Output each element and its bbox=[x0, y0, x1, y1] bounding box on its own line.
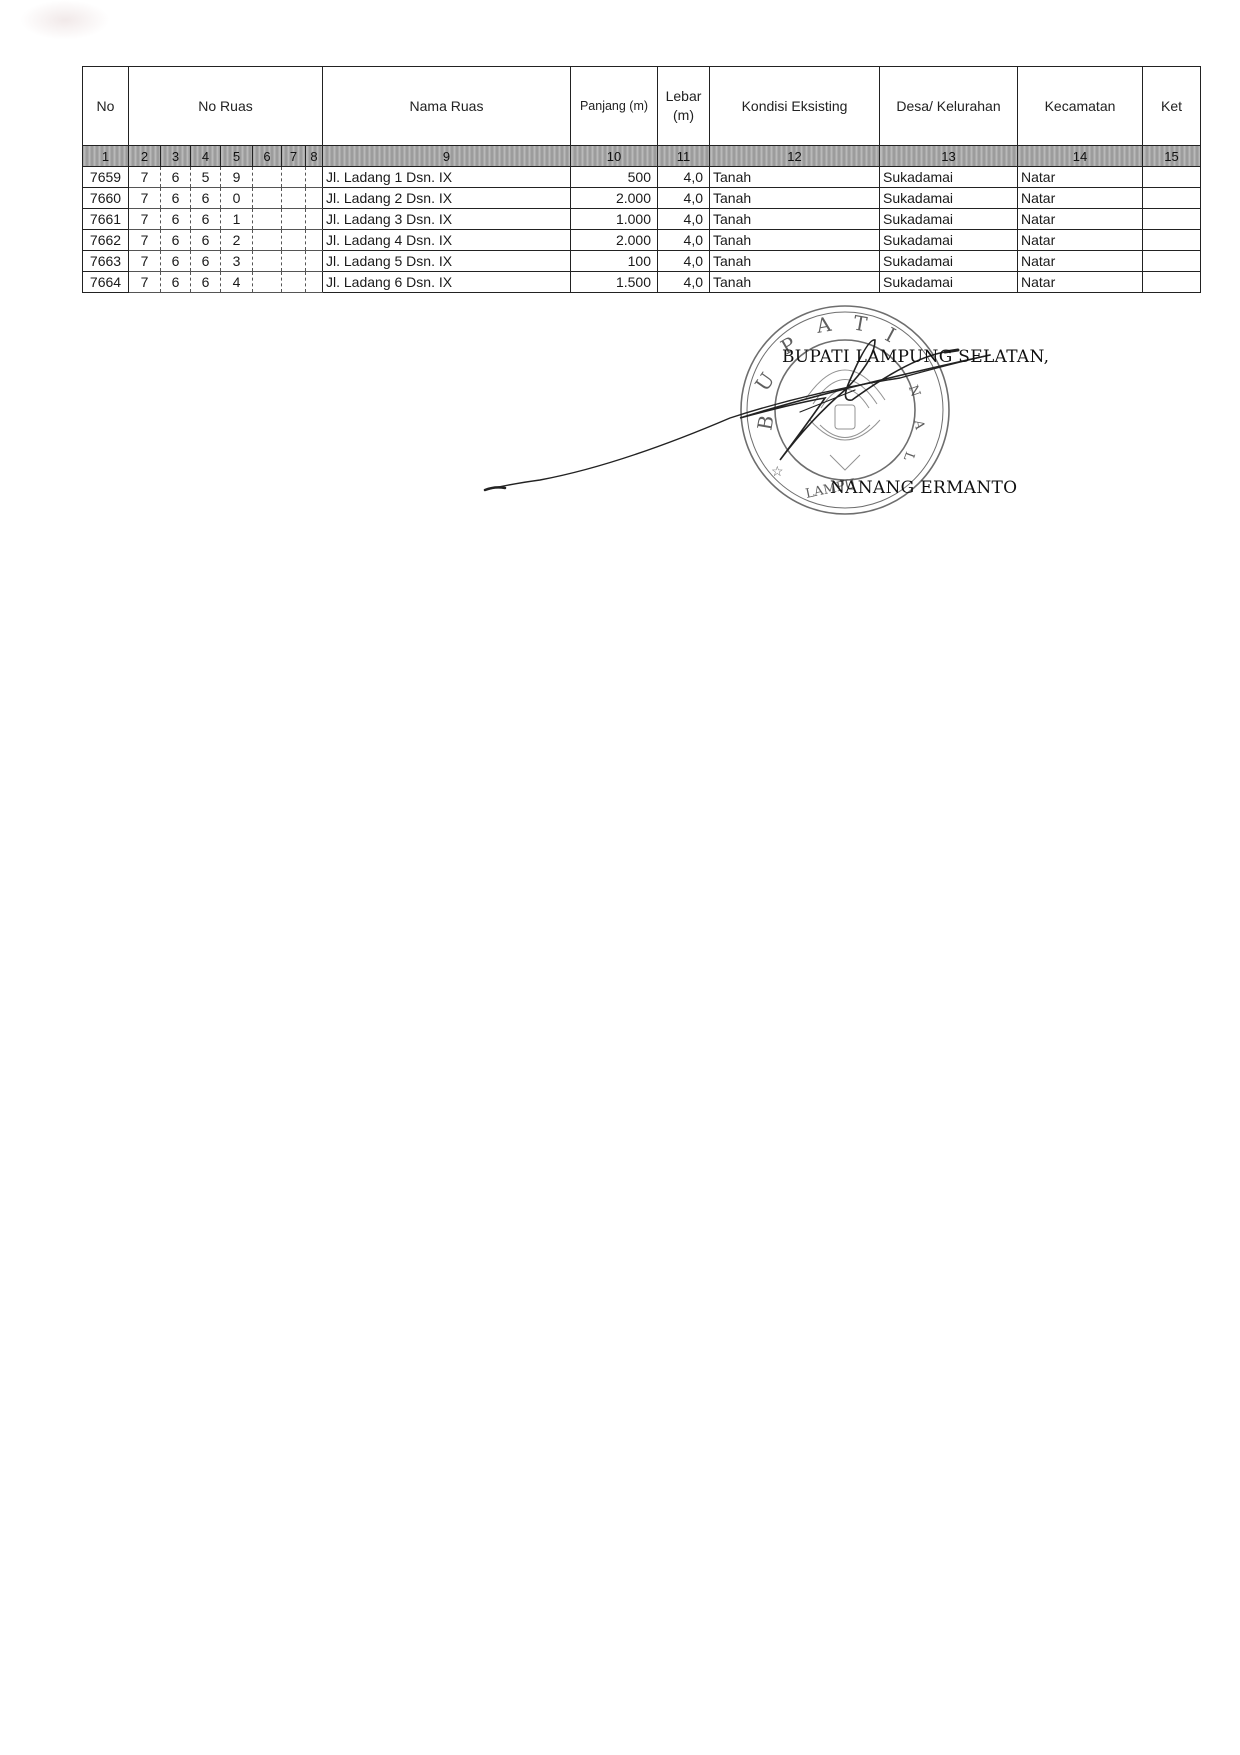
column-number-cell: 5 bbox=[221, 146, 253, 167]
cell-kondisi: Tanah bbox=[710, 209, 880, 230]
cell-ket bbox=[1143, 188, 1201, 209]
handwritten-signature-icon bbox=[480, 300, 1080, 540]
column-number-cell: 4 bbox=[191, 146, 221, 167]
cell-kondisi: Tanah bbox=[710, 272, 880, 293]
cell-ruas-digit: 6 bbox=[161, 251, 191, 272]
cell-ruas-digit bbox=[253, 188, 282, 209]
cell-kecamatan: Natar bbox=[1018, 230, 1143, 251]
cell-ket bbox=[1143, 230, 1201, 251]
cell-no: 7661 bbox=[83, 209, 129, 230]
table-row: 76637663Jl. Ladang 5 Dsn. IX1004,0TanahS… bbox=[83, 251, 1201, 272]
cell-ruas-digit: 7 bbox=[129, 167, 161, 188]
road-inventory-table: No No Ruas Nama Ruas Panjang (m) Lebar (… bbox=[82, 66, 1201, 293]
cell-panjang: 2.000 bbox=[571, 188, 658, 209]
cell-nama-ruas: Jl. Ladang 5 Dsn. IX bbox=[323, 251, 571, 272]
cell-ruas-digit: 6 bbox=[191, 209, 221, 230]
cell-ruas-digit bbox=[306, 209, 323, 230]
cell-ruas-digit bbox=[253, 167, 282, 188]
cell-ruas-digit: 7 bbox=[129, 251, 161, 272]
cell-ruas-digit: 7 bbox=[129, 272, 161, 293]
cell-ruas-digit bbox=[282, 272, 306, 293]
cell-ruas-digit bbox=[282, 188, 306, 209]
cell-desa: Sukadamai bbox=[880, 272, 1018, 293]
cell-ruas-digit: 1 bbox=[221, 209, 253, 230]
cell-ruas-digit bbox=[306, 167, 323, 188]
cell-ruas-digit bbox=[253, 251, 282, 272]
table-row: 76607660Jl. Ladang 2 Dsn. IX2.0004,0Tana… bbox=[83, 188, 1201, 209]
header-lebar: Lebar (m) bbox=[658, 67, 710, 146]
cell-nama-ruas: Jl. Ladang 1 Dsn. IX bbox=[323, 167, 571, 188]
cell-ruas-digit bbox=[282, 251, 306, 272]
cell-ruas-digit: 0 bbox=[221, 188, 253, 209]
cell-kondisi: Tanah bbox=[710, 251, 880, 272]
signature-block: B U P A T I N A L LAMPU ☆ bbox=[480, 300, 1080, 540]
cell-ket bbox=[1143, 167, 1201, 188]
column-number-cell: 3 bbox=[161, 146, 191, 167]
cell-ruas-digit: 6 bbox=[161, 209, 191, 230]
table-row: 76597659Jl. Ladang 1 Dsn. IX5004,0TanahS… bbox=[83, 167, 1201, 188]
header-no-ruas: No Ruas bbox=[129, 67, 323, 146]
cell-lebar: 4,0 bbox=[658, 167, 710, 188]
cell-ruas-digit bbox=[253, 230, 282, 251]
cell-ruas-digit: 6 bbox=[161, 167, 191, 188]
column-number-cell: 2 bbox=[129, 146, 161, 167]
cell-kondisi: Tanah bbox=[710, 188, 880, 209]
cell-lebar: 4,0 bbox=[658, 230, 710, 251]
cell-lebar: 4,0 bbox=[658, 251, 710, 272]
cell-nama-ruas: Jl. Ladang 2 Dsn. IX bbox=[323, 188, 571, 209]
cell-ruas-digit: 6 bbox=[191, 272, 221, 293]
cell-ruas-digit bbox=[282, 230, 306, 251]
cell-ruas-digit: 3 bbox=[221, 251, 253, 272]
header-ket: Ket bbox=[1143, 67, 1201, 146]
cell-ruas-digit bbox=[306, 251, 323, 272]
cell-panjang: 100 bbox=[571, 251, 658, 272]
cell-ruas-digit: 6 bbox=[161, 230, 191, 251]
header-row: No No Ruas Nama Ruas Panjang (m) Lebar (… bbox=[83, 67, 1201, 146]
cell-ruas-digit: 6 bbox=[191, 188, 221, 209]
cell-lebar: 4,0 bbox=[658, 209, 710, 230]
cell-ket bbox=[1143, 251, 1201, 272]
cell-panjang: 1.500 bbox=[571, 272, 658, 293]
cell-desa: Sukadamai bbox=[880, 230, 1018, 251]
cell-ruas-digit: 7 bbox=[129, 230, 161, 251]
column-number-cell: 13 bbox=[880, 146, 1018, 167]
cell-ruas-digit: 2 bbox=[221, 230, 253, 251]
cell-panjang: 1.000 bbox=[571, 209, 658, 230]
cell-ruas-digit: 7 bbox=[129, 188, 161, 209]
scan-smudge bbox=[20, 0, 110, 40]
column-number-cell: 14 bbox=[1018, 146, 1143, 167]
signatory-title: BUPATI LAMPUNG SELATAN, bbox=[782, 347, 1049, 367]
cell-no: 7664 bbox=[83, 272, 129, 293]
table-row: 76627662Jl. Ladang 4 Dsn. IX2.0004,0Tana… bbox=[83, 230, 1201, 251]
table-row: 76647664Jl. Ladang 6 Dsn. IX1.5004,0Tana… bbox=[83, 272, 1201, 293]
cell-panjang: 500 bbox=[571, 167, 658, 188]
cell-lebar: 4,0 bbox=[658, 188, 710, 209]
cell-nama-ruas: Jl. Ladang 6 Dsn. IX bbox=[323, 272, 571, 293]
header-desa: Desa/ Kelurahan bbox=[880, 67, 1018, 146]
cell-desa: Sukadamai bbox=[880, 209, 1018, 230]
header-kondisi: Kondisi Eksisting bbox=[710, 67, 880, 146]
column-number-cell: 1 bbox=[83, 146, 129, 167]
cell-desa: Sukadamai bbox=[880, 167, 1018, 188]
cell-ruas-digit: 6 bbox=[161, 188, 191, 209]
table-row: 76617661Jl. Ladang 3 Dsn. IX1.0004,0Tana… bbox=[83, 209, 1201, 230]
cell-no: 7663 bbox=[83, 251, 129, 272]
column-number-row: 123456789101112131415 bbox=[83, 146, 1201, 167]
column-number-cell: 12 bbox=[710, 146, 880, 167]
header-panjang: Panjang (m) bbox=[571, 67, 658, 146]
cell-ruas-digit bbox=[306, 272, 323, 293]
cell-desa: Sukadamai bbox=[880, 251, 1018, 272]
cell-ruas-digit: 7 bbox=[129, 209, 161, 230]
cell-ruas-digit bbox=[253, 209, 282, 230]
column-number-cell: 9 bbox=[323, 146, 571, 167]
cell-ruas-digit bbox=[306, 188, 323, 209]
cell-ruas-digit: 6 bbox=[191, 251, 221, 272]
column-number-cell: 7 bbox=[282, 146, 306, 167]
cell-kecamatan: Natar bbox=[1018, 251, 1143, 272]
cell-kecamatan: Natar bbox=[1018, 167, 1143, 188]
header-no: No bbox=[83, 67, 129, 146]
cell-kecamatan: Natar bbox=[1018, 188, 1143, 209]
cell-ruas-digit: 6 bbox=[161, 272, 191, 293]
column-number-cell: 15 bbox=[1143, 146, 1201, 167]
cell-no: 7662 bbox=[83, 230, 129, 251]
cell-ruas-digit bbox=[282, 209, 306, 230]
cell-kecamatan: Natar bbox=[1018, 209, 1143, 230]
column-number-cell: 10 bbox=[571, 146, 658, 167]
table-body: 76597659Jl. Ladang 1 Dsn. IX5004,0TanahS… bbox=[83, 167, 1201, 293]
cell-ruas-digit bbox=[282, 167, 306, 188]
cell-ruas-digit: 9 bbox=[221, 167, 253, 188]
cell-ket bbox=[1143, 209, 1201, 230]
cell-kondisi: Tanah bbox=[710, 167, 880, 188]
column-number-cell: 6 bbox=[253, 146, 282, 167]
signatory-name: NANANG ERMANTO bbox=[830, 478, 1017, 498]
cell-ruas-digit bbox=[253, 272, 282, 293]
column-number-cell: 11 bbox=[658, 146, 710, 167]
cell-ruas-digit: 4 bbox=[221, 272, 253, 293]
cell-desa: Sukadamai bbox=[880, 188, 1018, 209]
cell-panjang: 2.000 bbox=[571, 230, 658, 251]
cell-nama-ruas: Jl. Ladang 4 Dsn. IX bbox=[323, 230, 571, 251]
cell-ruas-digit: 6 bbox=[191, 230, 221, 251]
header-kecamatan: Kecamatan bbox=[1018, 67, 1143, 146]
cell-no: 7659 bbox=[83, 167, 129, 188]
cell-ruas-digit: 5 bbox=[191, 167, 221, 188]
column-number-cell: 8 bbox=[306, 146, 323, 167]
cell-nama-ruas: Jl. Ladang 3 Dsn. IX bbox=[323, 209, 571, 230]
cell-kecamatan: Natar bbox=[1018, 272, 1143, 293]
cell-ket bbox=[1143, 272, 1201, 293]
header-nama-ruas: Nama Ruas bbox=[323, 67, 571, 146]
cell-kondisi: Tanah bbox=[710, 230, 880, 251]
cell-no: 7660 bbox=[83, 188, 129, 209]
cell-ruas-digit bbox=[306, 230, 323, 251]
cell-lebar: 4,0 bbox=[658, 272, 710, 293]
